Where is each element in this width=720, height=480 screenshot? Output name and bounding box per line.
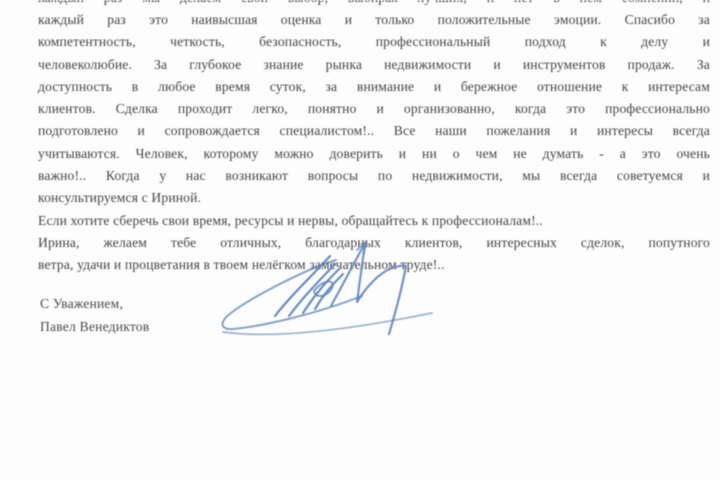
letter-line: подготовлено и сопровождается специалист… — [38, 120, 710, 142]
handwritten-signature — [218, 236, 470, 342]
letter-line: важно!.. Когда у нас возникают вопросы п… — [38, 165, 710, 187]
letter-line: доступность в любое время суток, за вним… — [38, 76, 710, 98]
letter-line: клиентов. Сделка проходит легко, понятно… — [38, 98, 710, 120]
letter-line: компетентность, четкость, безопасность, … — [38, 31, 710, 53]
letter-line: каждый раз это наивысшая оценка и только… — [38, 9, 710, 31]
letter-line: Если хотите сберечь свои время, ресурсы … — [38, 210, 710, 232]
closing-salutation: С Уважением, — [40, 293, 149, 316]
letter-line: человеколюбие. За глубокое знание рынка … — [38, 54, 710, 76]
letter-line: учитываются. Человек, которому можно дов… — [38, 143, 710, 165]
letter-line-clipped: каждый раз мы делаем свой выбор, выбирая… — [38, 0, 710, 9]
letter-line: консультируемся с Ириной. — [38, 187, 710, 209]
closing-block: С Уважением, Павел Венедиктов — [40, 293, 149, 338]
clipped-top-line-window: каждый раз мы делаем свой выбор, выбирая… — [38, 0, 710, 9]
scanned-letter-page: каждый раз мы делаем свой выбор, выбирая… — [0, 0, 720, 480]
closing-name: Павел Венедиктов — [40, 316, 149, 339]
signature-stroke-underline — [223, 313, 432, 334]
